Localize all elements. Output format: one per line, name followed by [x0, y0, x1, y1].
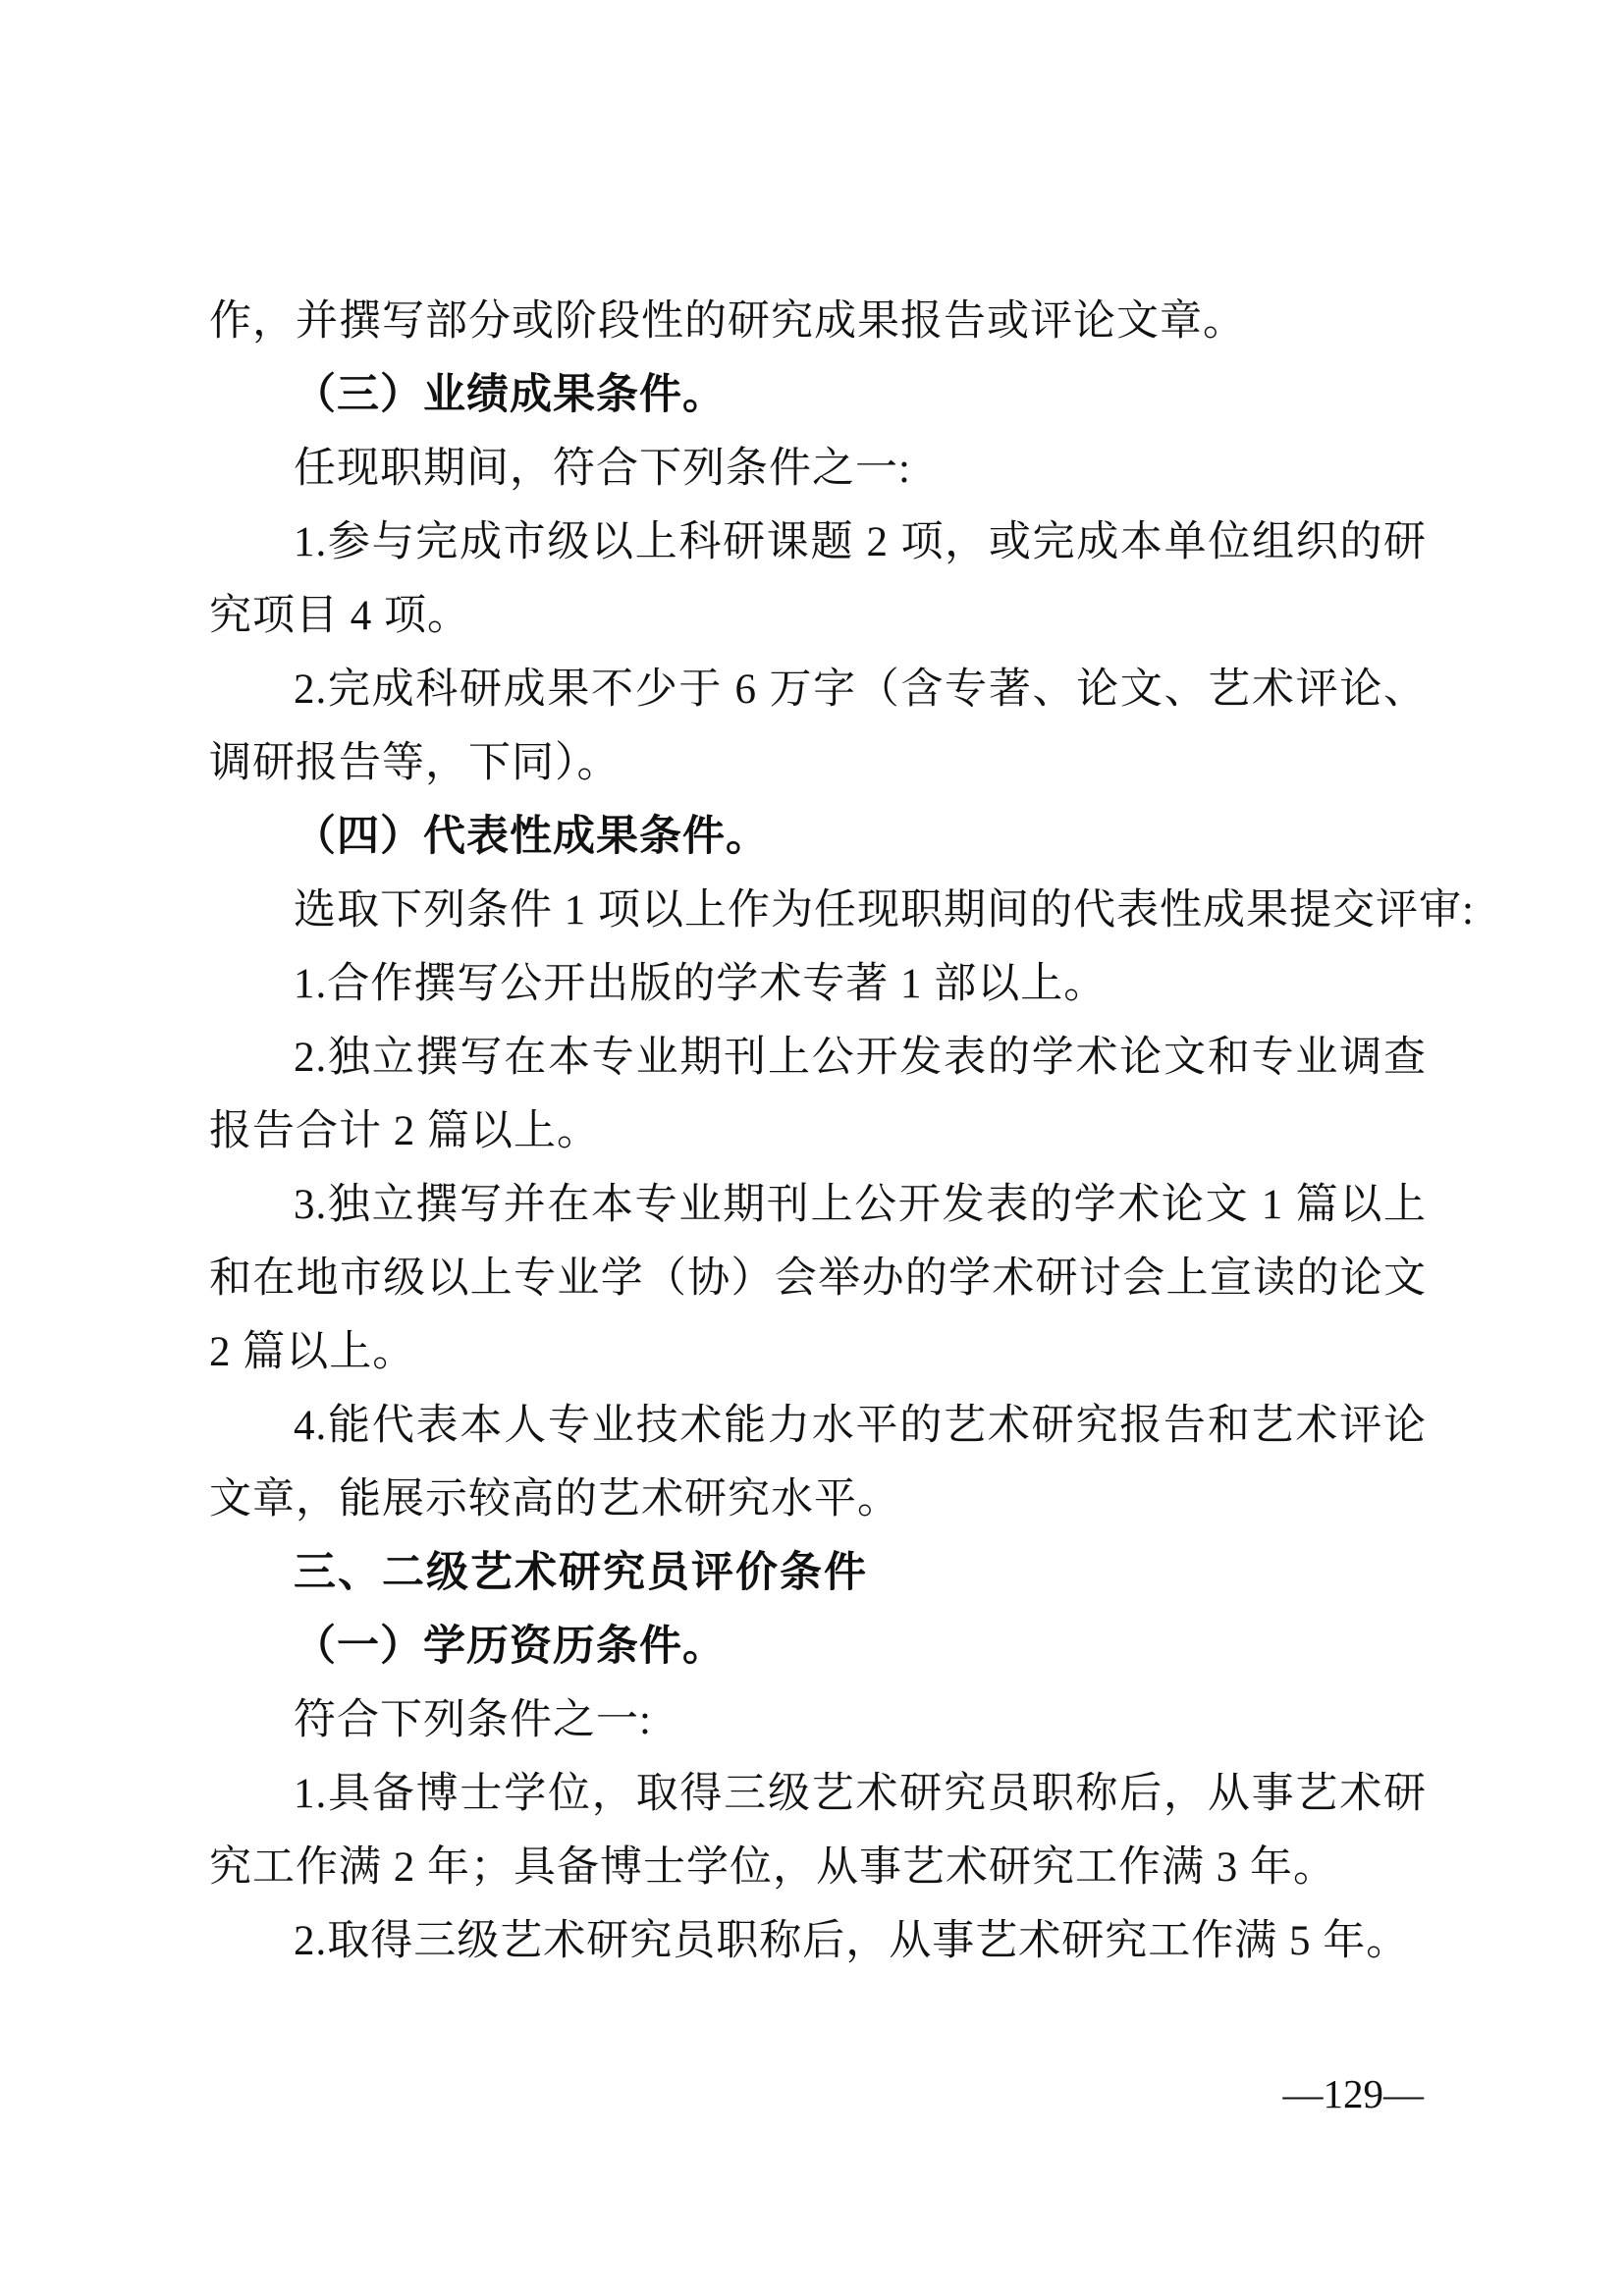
paragraph-line: 符合下列条件之一:: [209, 1683, 1427, 1757]
list-item-line: 1.合作撰写公开出版的学术专著 1 部以上。: [209, 947, 1427, 1021]
list-item-line: 1.具备博士学位，取得三级艺术研究员职称后，从事艺术研: [209, 1757, 1427, 1831]
paragraph-continuation-line: 究工作满 2 年；具备博士学位，从事艺术研究工作满 3 年。: [209, 1831, 1427, 1904]
paragraph-continuation-line: 作，并撰写部分或阶段性的研究成果报告或评论文章。: [209, 285, 1427, 358]
paragraph-continuation-line: 文章，能展示较高的艺术研究水平。: [209, 1463, 1427, 1536]
paragraph-continuation-line: 究项目 4 项。: [209, 579, 1427, 653]
paragraph-continuation-line: 2 篇以上。: [209, 1315, 1427, 1389]
document-page: 作，并撰写部分或阶段性的研究成果报告或评论文章。 （三）业绩成果条件。 任现职期…: [0, 0, 1623, 2296]
list-item-line: 2.取得三级艺术研究员职称后，从事艺术研究工作满 5 年。: [209, 1904, 1427, 1978]
list-item-line: 3.独立撰写并在本专业期刊上公开发表的学术论文 1 篇以上: [209, 1168, 1427, 1242]
list-item-line: 2.独立撰写在本专业期刊上公开发表的学术论文和专业调查: [209, 1021, 1427, 1095]
list-item-line: 1.参与完成市级以上科研课题 2 项，或完成本单位组织的研: [209, 506, 1427, 579]
paragraph-line: 选取下列条件 1 项以上作为任现职期间的代表性成果提交评审:: [209, 874, 1427, 947]
paragraph-continuation-line: 和在地市级以上专业学（协）会举办的学术研讨会上宣读的论文: [209, 1242, 1427, 1315]
paragraph-continuation-line: 报告合计 2 篇以上。: [209, 1095, 1427, 1168]
section-heading-4-representative-works: （四）代表性成果条件。: [209, 800, 1427, 874]
paragraph-continuation-line: 调研报告等，下同）。: [209, 726, 1427, 800]
page-number: —129—: [1283, 2069, 1425, 2118]
chapter-heading-level2-researcher: 三、二级艺术研究员评价条件: [209, 1536, 1427, 1610]
list-item-line: 2.完成科研成果不少于 6 万字（含专著、论文、艺术评论、: [209, 653, 1427, 726]
section-heading-1-qualifications: （一）学历资历条件。: [209, 1610, 1427, 1683]
list-item-line: 4.能代表本人专业技术能力水平的艺术研究报告和艺术评论: [209, 1389, 1427, 1463]
document-body: 作，并撰写部分或阶段性的研究成果报告或评论文章。 （三）业绩成果条件。 任现职期…: [209, 285, 1427, 1978]
paragraph-line: 任现职期间，符合下列条件之一:: [209, 432, 1427, 506]
section-heading-3-achievements: （三）业绩成果条件。: [209, 358, 1427, 432]
